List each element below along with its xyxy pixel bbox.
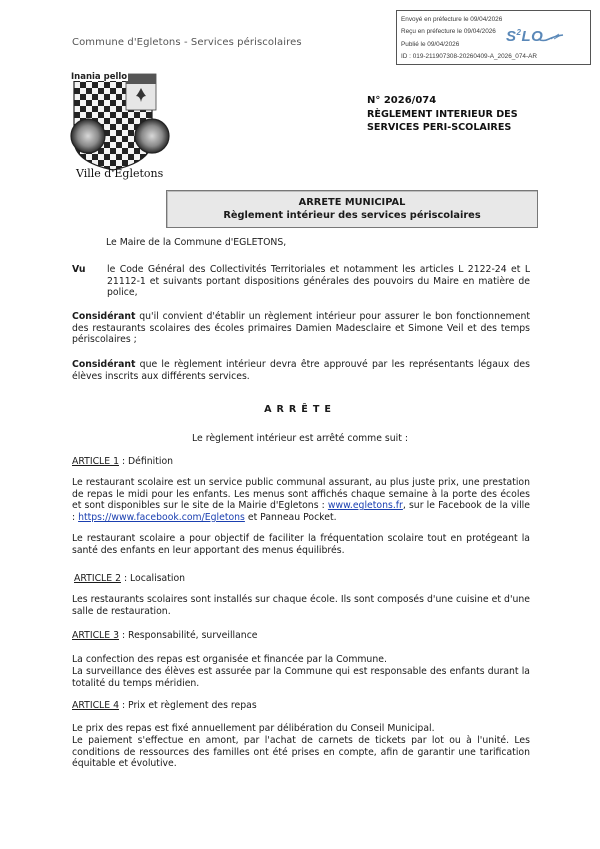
article-1-heading: ARTICLE 1 : Définition xyxy=(72,456,530,467)
considerant-1: Considérant qu'il convient d'établir un … xyxy=(72,311,530,346)
egletons-website-link[interactable]: www.egletons.fr xyxy=(328,500,403,511)
slo-wing-icon xyxy=(537,33,565,43)
considerant-1-keyword: Considérant xyxy=(72,311,135,322)
prefecture-stamp: Envoyé en préfecture le 09/04/2026 Reçu … xyxy=(396,10,591,65)
logo-motto: Inania pello xyxy=(71,72,127,82)
decree-title-box: ARRETE MUNICIPAL Règlement intérieur des… xyxy=(166,190,538,228)
article-2-title: : Localisation xyxy=(121,573,185,584)
city-logo: Inania pello Ville d'Egletons xyxy=(68,70,180,182)
reference-title-line2: SERVICES PERI-SCOLAIRES xyxy=(367,121,518,135)
considerant-2-text: que le règlement intérieur devra être ap… xyxy=(72,359,530,382)
article-1-title: : Définition xyxy=(119,456,173,467)
article-3-label: ARTICLE 3 xyxy=(72,630,119,641)
article-1-text-c: et Panneau Pocket. xyxy=(245,512,337,523)
stamp-id: ID : 019-211907308-20260409-A_2026_074-A… xyxy=(401,51,586,63)
article-1-paragraph-1: Le restaurant scolaire est un service pu… xyxy=(72,477,530,523)
decree-number: N° 2026/074 xyxy=(367,94,518,108)
logo-city-name: Ville d'Egletons xyxy=(75,167,164,180)
arrete-intro: Le règlement intérieur est arrêté comme … xyxy=(0,433,600,444)
article-3-paragraph-1: La confection des repas est organisée et… xyxy=(72,654,530,666)
article-2-paragraph-1: Les restaurants scolaires sont installés… xyxy=(72,594,530,617)
considerant-1-text: qu'il convient d'établir un règlement in… xyxy=(72,311,530,345)
slo-logo-s: S xyxy=(506,28,517,45)
article-3-title: : Responsabilité, surveillance xyxy=(119,630,258,641)
considerant-2: Considérant que le règlement intérieur d… xyxy=(72,359,530,382)
page-header-title: Commune d'Egletons - Services périscolai… xyxy=(72,37,302,48)
article-3-heading: ARTICLE 3 : Responsabilité, surveillance xyxy=(72,630,530,641)
reference-block: N° 2026/074 RÈGLEMENT INTERIEUR DES SERV… xyxy=(367,94,518,135)
mayor-line: Le Maire de la Commune d'EGLETONS, xyxy=(106,237,286,248)
article-1-paragraph-2: Le restaurant scolaire a pour objectif d… xyxy=(72,533,530,556)
vu-label: Vu xyxy=(72,264,85,275)
decree-subject: Règlement intérieur des services périsco… xyxy=(167,209,537,222)
considerant-2-keyword: Considérant xyxy=(72,359,135,370)
article-3-paragraph-2: La surveillance des élèves est assurée p… xyxy=(72,666,530,689)
stamp-sent-date: Envoyé en préfecture le 09/04/2026 xyxy=(401,14,586,26)
city-coat-of-arms-icon: Inania pello Ville d'Egletons xyxy=(68,70,180,182)
article-4-heading: ARTICLE 4 : Prix et règlement des repas xyxy=(72,700,530,711)
article-4-paragraph-2: Le paiement s'effectue en amont, par l'a… xyxy=(72,735,530,770)
article-4-paragraph-1: Le prix des repas est fixé annuellement … xyxy=(72,723,530,735)
article-4-title: : Prix et règlement des repas xyxy=(119,700,257,711)
facebook-link[interactable]: https://www.facebook.com/Egletons xyxy=(78,512,245,523)
vu-text: le Code Général des Collectivités Territ… xyxy=(107,264,530,299)
article-2-label: ARTICLE 2 xyxy=(74,573,121,584)
arrete-heading: ARRÊTE xyxy=(0,404,600,415)
article-2-heading: ARTICLE 2 : Localisation xyxy=(74,573,532,584)
reference-title-line1: RÈGLEMENT INTERIEUR DES xyxy=(367,108,518,122)
article-1-label: ARTICLE 1 xyxy=(72,456,119,467)
decree-type: ARRETE MUNICIPAL xyxy=(167,196,537,209)
article-4-label: ARTICLE 4 xyxy=(72,700,119,711)
